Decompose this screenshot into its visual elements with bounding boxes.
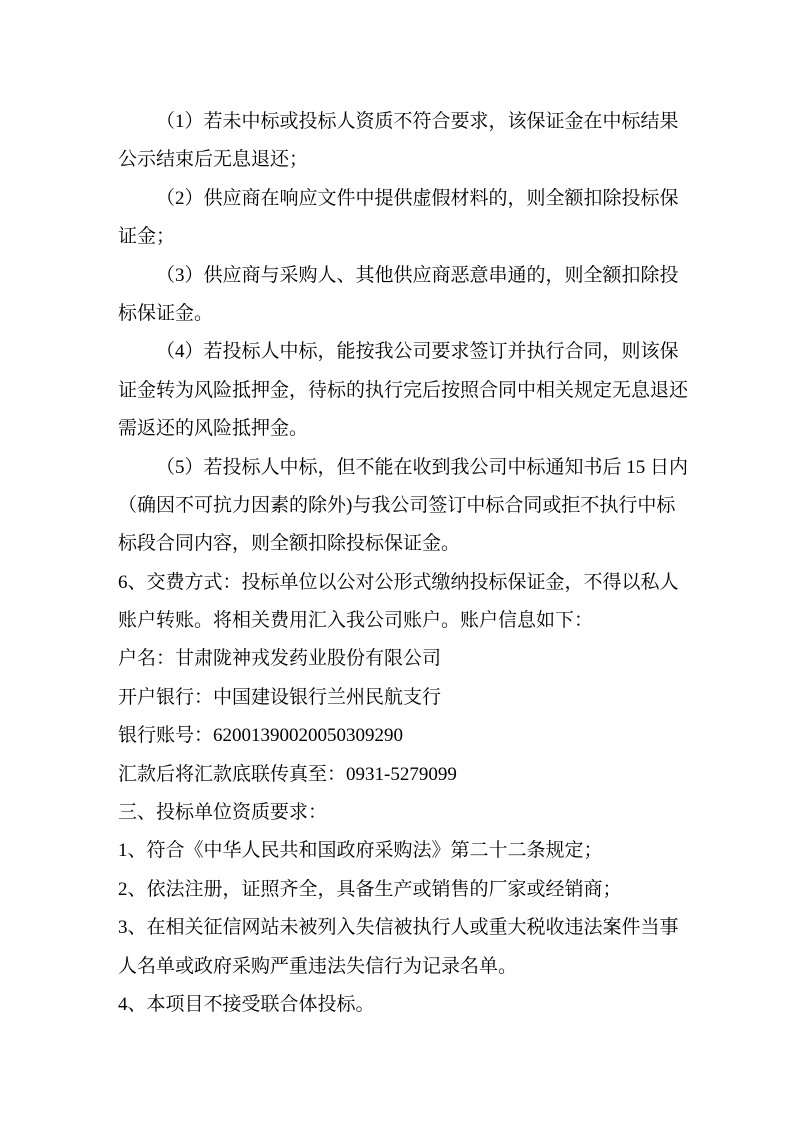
text-line: （确因不可抗力因素的除外)与我公司签订中标合同或拒不执行中标 [118, 487, 675, 525]
text-line: 人名单或政府采购严重违法失信行为记录名单。 [118, 948, 675, 986]
document-page: （1）若未中标或投标人资质不符合要求，该保证金在中标结果 公示结束后无息退还； … [0, 0, 794, 1122]
text-line: 证金； [118, 218, 675, 256]
text-line: 2、依法注册，证照齐全，具备生产或销售的厂家或经销商； [118, 871, 675, 909]
text-line: （3）供应商与采购人、其他供应商恶意串通的，则全额扣除投 [118, 257, 675, 295]
text-line account-holder-line: 户名：甘肃陇神戎发药业股份有限公司 [118, 640, 675, 678]
text-line: 公示结束后无息退还； [118, 141, 675, 179]
text-line bank-name-line: 开户银行：中国建设银行兰州民航支行 [118, 679, 675, 717]
text-line: （5）若投标人中标，但不能在收到我公司中标通知书后 15 日内 [118, 449, 675, 487]
text-line: 需返还的风险抵押金。 [118, 410, 675, 448]
text-line: （2）供应商在响应文件中提供虚假材料的，则全额扣除投标保 [118, 180, 675, 218]
text-line: 标段合同内容，则全额扣除投标保证金。 [118, 525, 675, 563]
text-line: 账户转账。将相关费用汇入我公司账户。账户信息如下： [118, 602, 675, 640]
text-line: 1、符合《中华人民共和国政府采购法》第二十二条规定； [118, 832, 675, 870]
text-line fax-line: 汇款后将汇款底联传真至：0931-5279099 [118, 756, 675, 794]
section-heading: 三、投标单位资质要求： [118, 794, 675, 832]
text-line: （1）若未中标或投标人资质不符合要求，该保证金在中标结果 [118, 103, 675, 141]
text-line: 证金转为风险抵押金，待标的执行完后按照合同中相关规定无息退还 [118, 372, 675, 410]
document-body: （1）若未中标或投标人资质不符合要求，该保证金在中标结果 公示结束后无息退还； … [118, 103, 675, 1024]
text-line bank-account-line: 银行账号：62001390020050309290 [118, 717, 675, 755]
text-line: 4、本项目不接受联合体投标。 [118, 986, 675, 1024]
text-line: 标保证金。 [118, 295, 675, 333]
text-line: 6、交费方式：投标单位以公对公形式缴纳投标保证金，不得以私人 [118, 564, 675, 602]
text-line: 3、在相关征信网站未被列入失信被执行人或重大税收违法案件当事 [118, 909, 675, 947]
text-line: （4）若投标人中标，能按我公司要求签订并执行合同，则该保 [118, 333, 675, 371]
